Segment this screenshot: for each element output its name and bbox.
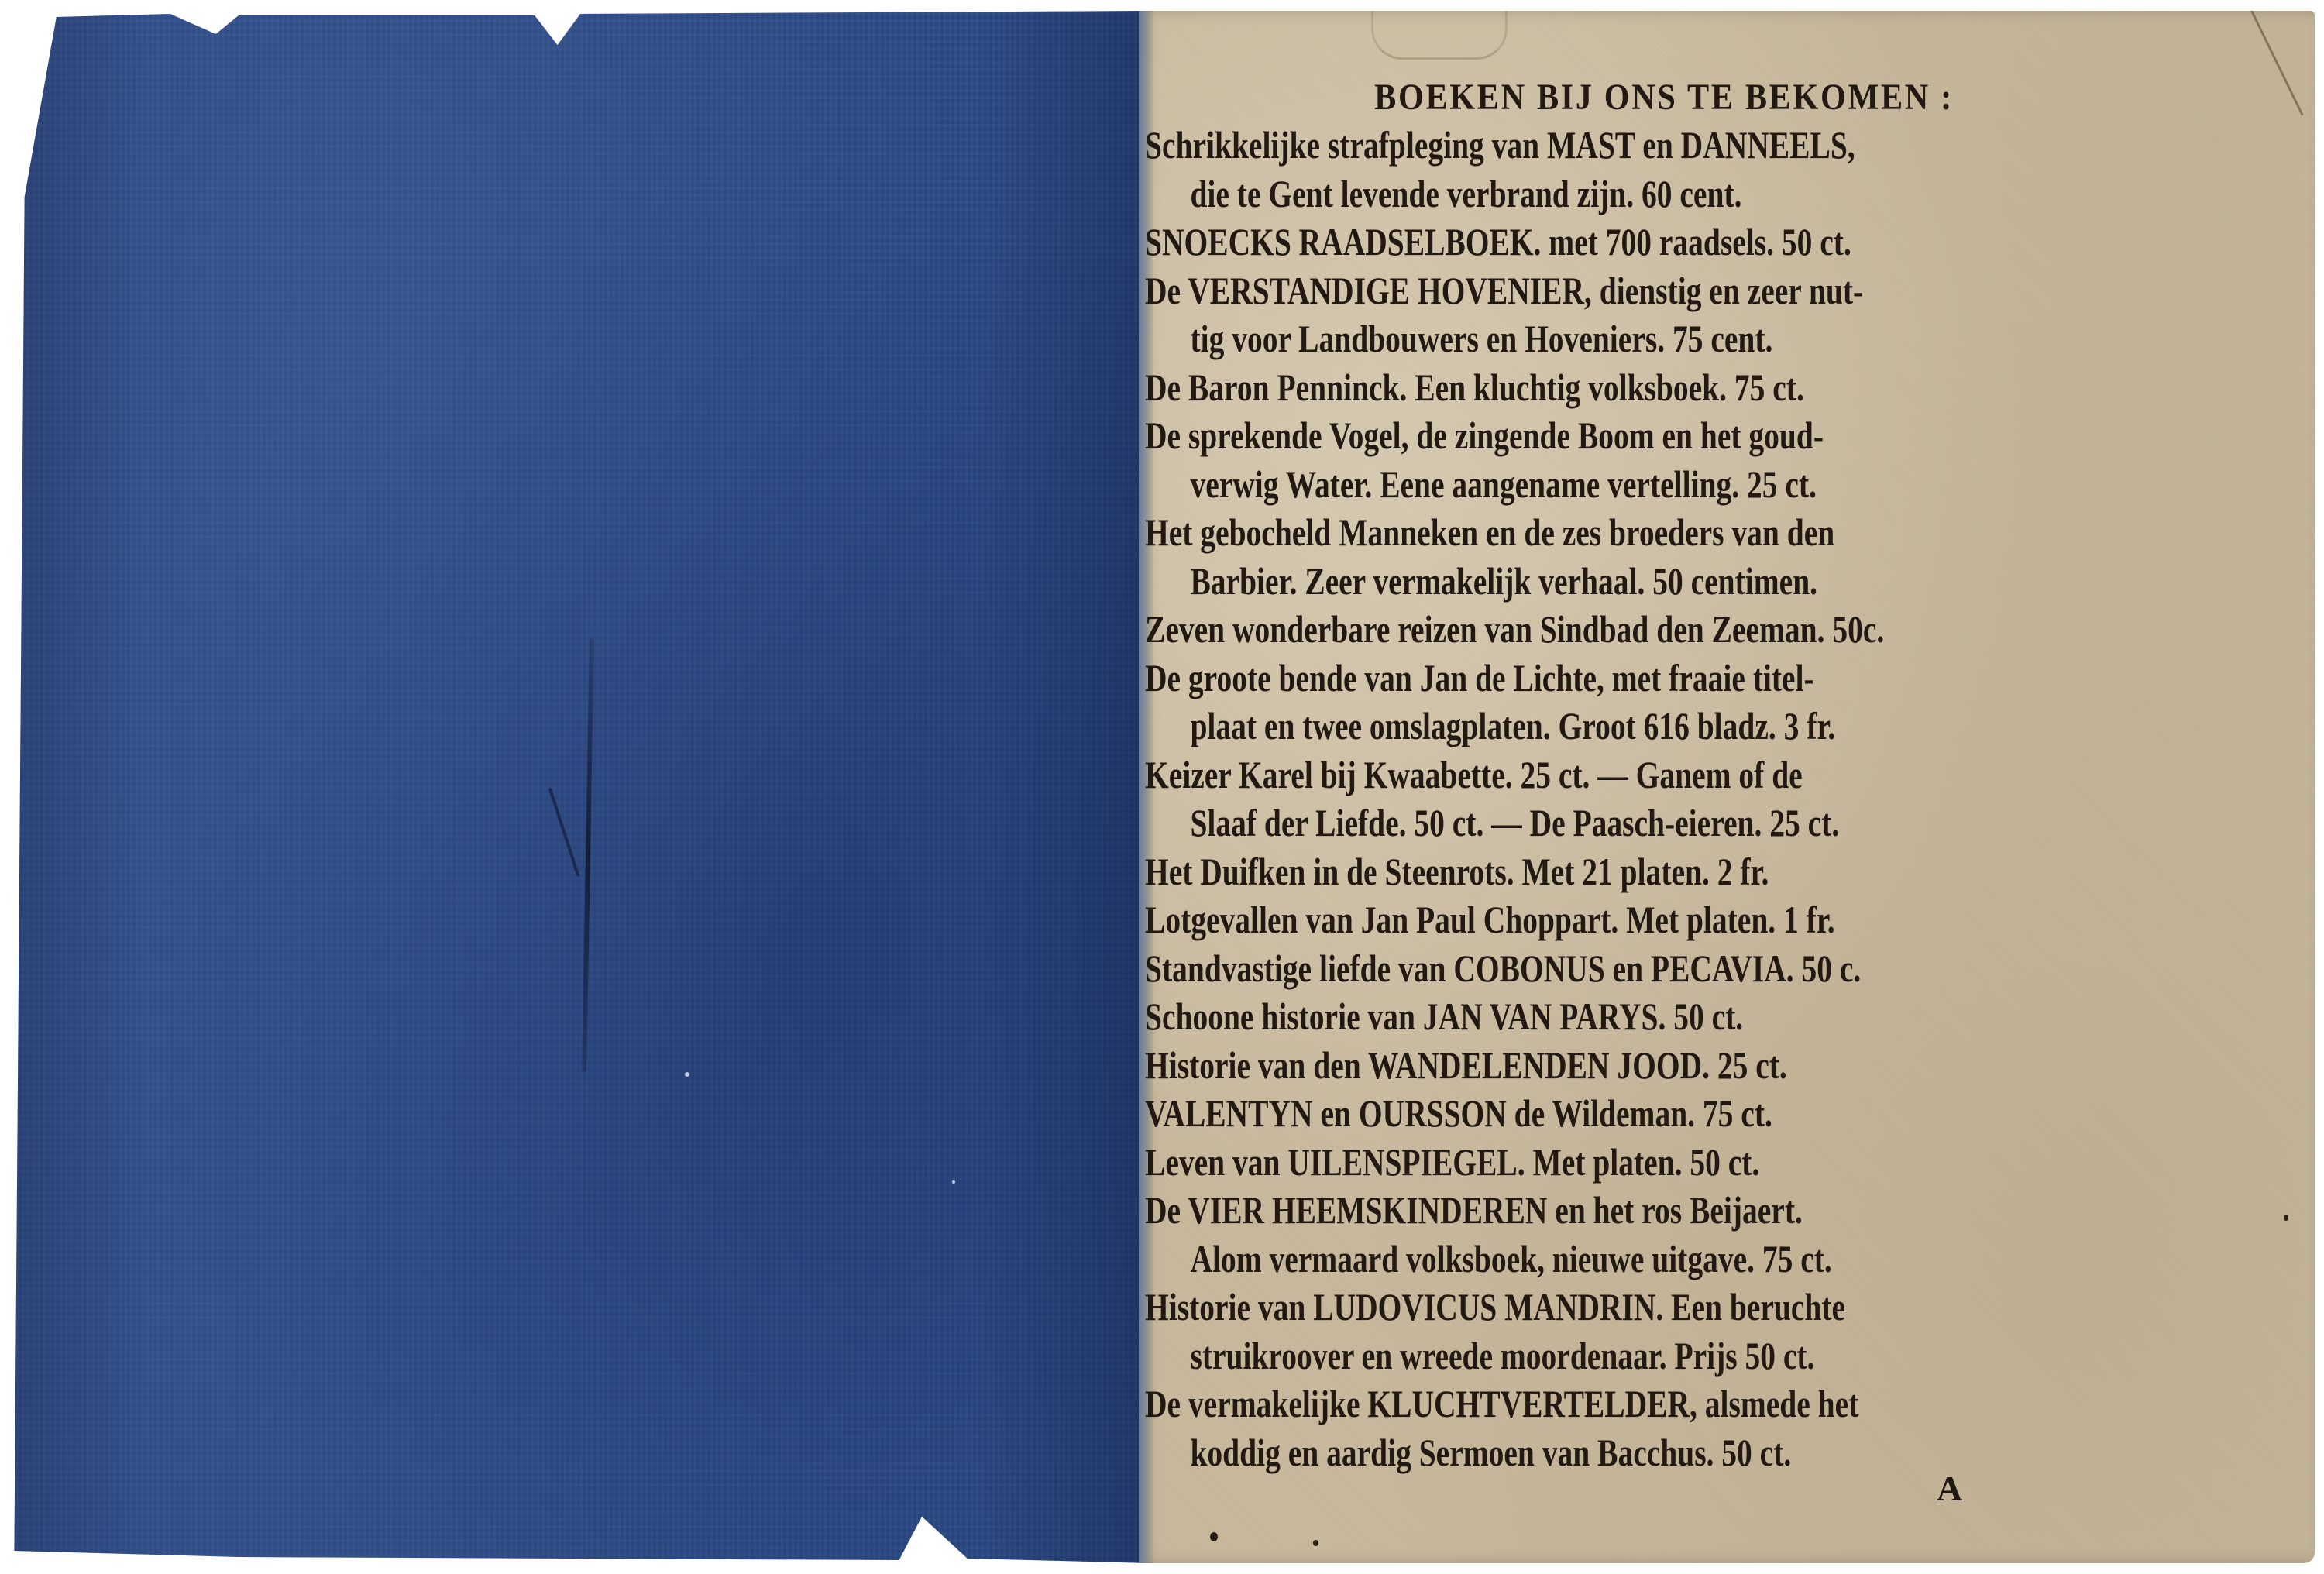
- list-entry-choppart: Lotgevallen van Jan Paul Choppart. Met p…: [1145, 895, 2183, 944]
- signature-mark: A: [1937, 1468, 1962, 1509]
- list-entry-mandrin: Historie van LUDOVICUS MANDRIN. Een beru…: [1145, 1283, 2183, 1380]
- list-entry-uilenspiegel: Leven van UILENSPIEGEL. Met platen. 50 c…: [1145, 1138, 2183, 1187]
- booklet-spread: BOEKEN BIJ ONS TE BEKOMEN : Schrikkelijk…: [0, 0, 2324, 1574]
- entry-line: SNOECKS RAADSELBOEK. met 700 raadsels. 5…: [1145, 218, 1965, 266]
- entry-line: koddig en aardig Sermoen van Bacchus. 50…: [1145, 1428, 1965, 1477]
- list-entry-raadselboek: SNOECKS RAADSELBOEK. met 700 raadsels. 5…: [1145, 218, 2183, 266]
- list-entry-valentyn-oursson: VALENTYN en OURSSON de Wildeman. 75 ct.: [1145, 1089, 2183, 1138]
- entry-line: Het gebocheld Manneken en de zes broeder…: [1145, 508, 1965, 557]
- list-entry-baron-penninck: De Baron Penninck. Een kluchtig volksboe…: [1145, 363, 2183, 412]
- entry-line: Lotgevallen van Jan Paul Choppart. Met p…: [1145, 895, 1965, 944]
- cover-fleck: [952, 1180, 955, 1184]
- entry-line: Barbier. Zeer vermakelijk verhaal. 50 ce…: [1145, 557, 1965, 606]
- entry-line: Standvastige liefde van COBONUS en PECAV…: [1145, 944, 1965, 993]
- entry-line: Schrikkelijke strafpleging van MAST en D…: [1145, 121, 1965, 170]
- corner-fold-line: [2250, 10, 2303, 115]
- entry-line: Alom vermaard volksboek, nieuwe uitgave.…: [1145, 1235, 1965, 1284]
- cover-fleck: [685, 1072, 689, 1077]
- entry-line: De vermakelijke KLUCHTVERTELDER, alsmede…: [1145, 1380, 1965, 1428]
- entry-line: Schoone historie van JAN VAN PARYS. 50 c…: [1145, 992, 1965, 1041]
- list-entry-cobonus-pecavia: Standvastige liefde van COBONUS en PECAV…: [1145, 944, 2183, 993]
- list-entry-gebocheld-manneken: Het gebocheld Manneken en de zes broeder…: [1145, 508, 2183, 605]
- entry-line: Slaaf der Liefde. 50 ct. — De Paasch-eie…: [1145, 799, 1965, 847]
- entry-line: die te Gent levende verbrand zijn. 60 ce…: [1145, 170, 1965, 218]
- list-entry-jan-de-lichte: De groote bende van Jan de Lichte, met f…: [1145, 654, 2183, 751]
- list-entry-kluchtverteller: De vermakelijke KLUCHTVERTELDER, alsmede…: [1145, 1380, 2183, 1476]
- entry-line: Keizer Karel bij Kwaabette. 25 ct. — Gan…: [1145, 751, 1965, 799]
- entry-line: Historie van den WANDELENDEN JOOD. 25 ct…: [1145, 1041, 1965, 1090]
- embossed-mark: [1371, 11, 1508, 60]
- blue-cover: [11, 11, 1150, 1563]
- list-entry-duifken: Het Duifken in de Steenrots. Met 21 plat…: [1145, 847, 2183, 896]
- page-heading: BOEKEN BIJ ONS TE BEKOMEN :: [1207, 74, 2120, 121]
- entry-line: Zeven wonderbare reizen van Sindbad den …: [1145, 605, 1965, 654]
- list-entry-mast-danneels: Schrikkelijke strafpleging van MAST en D…: [1145, 121, 2183, 218]
- entry-line: plaat en twee omslagplaten. Groot 616 bl…: [1145, 702, 1965, 751]
- entry-line: Historie van LUDOVICUS MANDRIN. Een beru…: [1145, 1283, 1965, 1332]
- entry-line: tig voor Landbouwers en Hoveniers. 75 ce…: [1145, 314, 1965, 363]
- list-entry-jan-van-parys: Schoone historie van JAN VAN PARYS. 50 c…: [1145, 992, 2183, 1041]
- book-list: BOEKEN BIJ ONS TE BEKOMEN : Schrikkelijk…: [1145, 74, 2183, 1476]
- entry-line: Leven van UILENSPIEGEL. Met platen. 50 c…: [1145, 1138, 1965, 1187]
- cover-shading: [11, 11, 1150, 1563]
- entry-line: De VIER HEEMSKINDEREN en het ros Beijaer…: [1145, 1186, 1965, 1235]
- list-entry-heemskinderen: De VIER HEEMSKINDEREN en het ros Beijaer…: [1145, 1186, 2183, 1283]
- list-entry-sprekende-vogel: De sprekende Vogel, de zingende Boom en …: [1145, 411, 2183, 508]
- entry-line: verwig Water. Eene aangename vertelling.…: [1145, 460, 1965, 509]
- list-entry-sindbad: Zeven wonderbare reizen van Sindbad den …: [1145, 605, 2183, 654]
- entry-line: Het Duifken in de Steenrots. Met 21 plat…: [1145, 847, 1965, 896]
- ink-speck: [2284, 1215, 2288, 1221]
- entry-line: De Baron Penninck. Een kluchtig volksboe…: [1145, 363, 1965, 412]
- entry-line: De VERSTANDIGE HOVENIER, dienstig en zee…: [1145, 266, 1965, 315]
- list-entry-wandelende-jood: Historie van den WANDELENDEN JOOD. 25 ct…: [1145, 1041, 2183, 1090]
- list-entry-keizer-karel: Keizer Karel bij Kwaabette. 25 ct. — Gan…: [1145, 751, 2183, 847]
- entry-line: VALENTYN en OURSSON de Wildeman. 75 ct.: [1145, 1089, 1965, 1138]
- entry-line: De groote bende van Jan de Lichte, met f…: [1145, 654, 1965, 703]
- list-entry-hovenier: De VERSTANDIGE HOVENIER, dienstig en zee…: [1145, 266, 2183, 363]
- ink-speck: [1313, 1540, 1318, 1546]
- ink-speck: [1210, 1532, 1218, 1541]
- entry-line: struikroover en wreede moordenaar. Prijs…: [1145, 1332, 1965, 1380]
- entry-line: De sprekende Vogel, de zingende Boom en …: [1145, 411, 1965, 460]
